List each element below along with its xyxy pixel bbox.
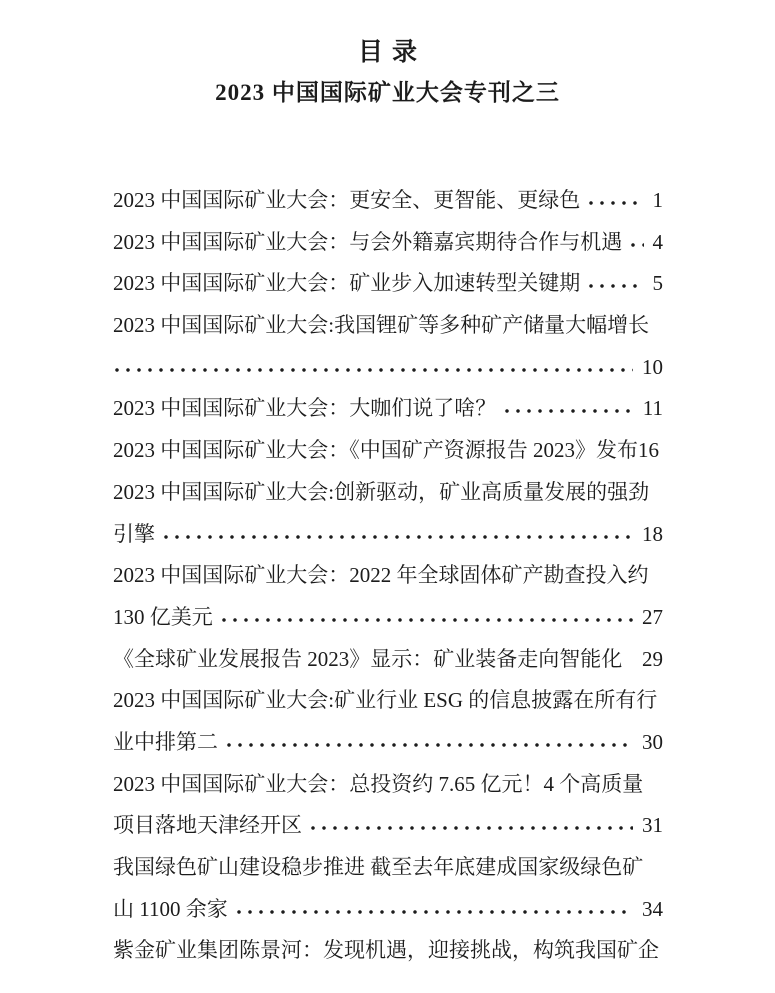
toc-line-text: 《全球矿业发展报告 2023》显示：矿业装备走向智能化: [113, 639, 622, 681]
toc-line-text: 引擎: [113, 514, 155, 556]
page-number: 4: [653, 222, 664, 264]
dot-leader: [113, 353, 633, 374]
toc-line: 《全球矿业发展报告 2023》显示：矿业装备走向智能化 29: [113, 639, 663, 681]
toc-line-text: 2023 中国国际矿业大会：矿业步入加速转型关键期: [113, 263, 580, 305]
dot-leader: [225, 728, 633, 749]
dot-leader: [503, 394, 634, 415]
toc-line: 2023 中国国际矿业大会：更安全、更智能、更绿色 1: [113, 180, 663, 222]
dot-leader: [162, 520, 633, 541]
toc-line-text: 2023 中国国际矿业大会：总投资约 7.65 亿元！4 个高质量: [113, 764, 643, 806]
page-number: 1: [653, 180, 664, 222]
toc-list: 2023 中国国际矿业大会：更安全、更智能、更绿色 1 2023 中国国际矿业大…: [113, 180, 663, 972]
toc-line: 2023 中国国际矿业大会：2022 年全球固体矿产勘查投入约: [113, 555, 663, 597]
toc-line: 我国绿色矿山建设稳步推进 截至去年底建成国家级绿色矿: [113, 847, 663, 889]
toc-line-text: 我国绿色矿山建设稳步推进 截至去年底建成国家级绿色矿: [113, 847, 643, 889]
toc-line: 2023 中国国际矿业大会：与会外籍嘉宾期待合作与机遇 4: [113, 222, 663, 264]
page-number: 29: [642, 639, 663, 681]
toc-line-text: 山 1100 余家: [113, 889, 228, 931]
toc-line-text: 2023 中国国际矿业大会：大咖们说了啥？: [113, 388, 496, 430]
toc-line: 项目落地天津经开区 31: [113, 805, 663, 847]
page-number: 18: [642, 514, 663, 556]
toc-line-text: 2023 中国国际矿业大会：2022 年全球固体矿产勘查投入约: [113, 555, 649, 597]
document-page: 目录 2023 中国国际矿业大会专刊之三 2023 中国国际矿业大会：更安全、更…: [0, 0, 775, 993]
dot-leader: [587, 186, 643, 207]
toc-line: 2023 中国国际矿业大会：《中国矿产资源报告 2023》发布 16: [113, 430, 663, 472]
page-number: 30: [642, 722, 663, 764]
dot-leader: [235, 895, 633, 916]
toc-line-text: 130 亿美元: [113, 597, 213, 639]
page-number: 27: [642, 597, 663, 639]
toc-line-text: 业中排第二: [113, 722, 218, 764]
toc-title: 目录: [0, 36, 775, 70]
toc-line-text: 2023 中国国际矿业大会:我国锂矿等多种矿产储量大幅增长: [113, 305, 649, 347]
page-number: 34: [642, 889, 663, 931]
toc-line: 业中排第二 30: [113, 722, 663, 764]
toc-line-text: 2023 中国国际矿业大会：更安全、更智能、更绿色: [113, 180, 580, 222]
toc-line: 紫金矿业集团陈景河：发现机遇，迎接挑战，构筑我国矿企: [113, 930, 663, 972]
toc-line: 山 1100 余家 34: [113, 889, 663, 931]
toc-line: 2023 中国国际矿业大会:我国锂矿等多种矿产储量大幅增长: [113, 305, 663, 347]
toc-line-text: 2023 中国国际矿业大会：与会外籍嘉宾期待合作与机遇: [113, 222, 622, 264]
dot-leader: [309, 811, 633, 832]
page-number: 5: [653, 263, 664, 305]
page-number: 16: [638, 430, 659, 472]
toc-subtitle: 2023 中国国际矿业大会专刊之三: [0, 76, 775, 110]
toc-line: 2023 中国国际矿业大会：大咖们说了啥？ 11: [113, 388, 663, 430]
toc-line: 2023 中国国际矿业大会：总投资约 7.65 亿元！4 个高质量: [113, 764, 663, 806]
page-number: 31: [642, 805, 663, 847]
toc-line: 2023 中国国际矿业大会：矿业步入加速转型关键期 5: [113, 263, 663, 305]
toc-line: 引擎 18: [113, 514, 663, 556]
toc-line-text: 2023 中国国际矿业大会:创新驱动，矿业高质量发展的强劲: [113, 472, 649, 514]
page-number: 10: [642, 347, 663, 389]
toc-line-text: 2023 中国国际矿业大会：《中国矿产资源报告 2023》发布: [113, 430, 638, 472]
toc-line-text: 项目落地天津经开区: [113, 805, 302, 847]
toc-line: 2023 中国国际矿业大会:矿业行业 ESG 的信息披露在所有行: [113, 680, 663, 722]
toc-line: 130 亿美元 27: [113, 597, 663, 639]
dot-leader: [587, 269, 643, 290]
toc-line: 10: [113, 347, 663, 389]
dot-leader: [220, 603, 633, 624]
toc-line-text: 紫金矿业集团陈景河：发现机遇，迎接挑战，构筑我国矿企: [113, 930, 659, 972]
toc-line: 2023 中国国际矿业大会:创新驱动，矿业高质量发展的强劲: [113, 472, 663, 514]
toc-line-text: 2023 中国国际矿业大会:矿业行业 ESG 的信息披露在所有行: [113, 680, 657, 722]
page-number: 11: [643, 388, 663, 430]
dot-leader: [629, 228, 643, 249]
